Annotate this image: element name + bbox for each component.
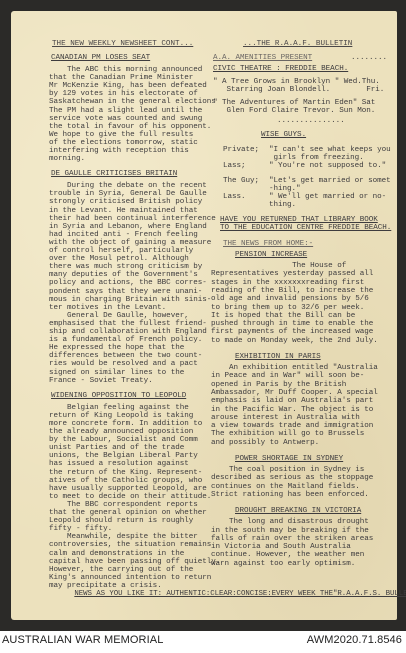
body-line: in Victoria and South Australia	[211, 543, 351, 551]
speaker-private: Private;	[223, 146, 259, 154]
section-heading: POWER SHORTAGE IN SYDNEY	[235, 455, 343, 463]
body-line: in the Pacific War. The object is to	[211, 406, 373, 414]
footer-slogan-text: NEWS AS YOU LIKE IT: AUTHENTIC:CLEAR:CON…	[74, 590, 406, 598]
section-heading: PENSION INCREASE	[235, 251, 307, 259]
films-divider: ...............	[277, 117, 345, 125]
dialogue-line: " You're not supposed to."	[269, 162, 386, 170]
body-line: The long and disastrous drought	[211, 518, 369, 526]
body-line: Representatives yesterday passed all	[211, 270, 373, 278]
speaker-the-guy: The Guy;	[223, 177, 259, 185]
body-line: continue. However, the weather men	[211, 551, 364, 559]
body-line: and possibly to Antwerp.	[211, 439, 319, 447]
body-line: a view towards trade and immigration	[211, 422, 373, 430]
body-line: continues on the Maitland fields.	[211, 483, 360, 491]
newsletter-page: THE NEW WEEKLY NEWSHEET CONT... ...THE R…	[11, 11, 397, 620]
body-line: arouse interest in Australia with	[211, 414, 360, 422]
section-heading: EXHIBITION IN PARIS	[235, 353, 321, 361]
archive-caption-right: AWM2020.71.8546	[307, 634, 402, 646]
section-heading: DE GAULLE CRITICISES BRITAIN	[51, 170, 177, 178]
body-line: in Peace and in War" will soon be-	[211, 372, 364, 380]
masthead-right: ...THE R.A.A.F. BULLETIN	[243, 40, 352, 48]
body-line: The coal position in Sydney is	[211, 466, 364, 474]
body-line: France - Soviet Treaty.	[49, 377, 153, 385]
body-line: Strict rationing has been enforced.	[211, 491, 369, 499]
body-line: emphasis is laid on Australia's part	[211, 397, 373, 405]
section-heading: DROUGHT BREAKING IN VICTORIA	[235, 507, 361, 515]
section-heading: WIDENING OPPOSITION TO LEOPOLD	[51, 392, 186, 400]
body-line: in the south may be breaking if the	[211, 527, 369, 535]
body-line: old age and invalid pensions by 5/6	[211, 295, 369, 303]
film-2-detail: Glen Ford Claire Trevor. Sun Mon.	[213, 107, 375, 115]
scan-frame: THE NEW WEEKLY NEWSHEET CONT... ...THE R…	[0, 0, 406, 631]
speaker-lass: Lass;	[223, 162, 246, 170]
body-line: Ambassador, Mr Duff Cooper. A special	[211, 389, 378, 397]
body-line: stages in the xxxxxxxreading first	[211, 279, 364, 287]
body-line: warn against too early optimism.	[211, 560, 355, 568]
body-line: first payments of the increased wage	[211, 328, 373, 336]
body-line: to bring them up to 32/6 per week.	[211, 304, 364, 312]
section-heading: CANADIAN PM LOSES SEAT	[51, 54, 150, 62]
body-line: pushed through in time to enable the	[211, 320, 373, 328]
body-line: described as serious as the stoppage	[211, 474, 373, 482]
body-line: It is hoped that the Bill can be	[211, 312, 355, 320]
body-line: morning.	[49, 155, 85, 163]
amenities-heading: A.A. AMENITIES PRESENT	[213, 54, 312, 62]
body-line: to made on Monday week, the 2nd July.	[211, 337, 378, 345]
amenities-dots: ........	[351, 54, 387, 62]
body-line: falls of rain over the striken areas	[211, 535, 373, 543]
body-line: The exhibition will go to Brussels	[211, 430, 364, 438]
body-line: The House of	[211, 262, 346, 270]
news-from-home-heading: THE NEWS FROM HOME:-	[223, 240, 313, 248]
film-1-detail: Starring Joan Blondell. Fri.	[213, 86, 384, 94]
footer-slogan: NEWS AS YOU LIKE IT: AUTHENTIC:CLEAR:CON…	[48, 582, 406, 607]
speaker-lass-2: Lass.	[223, 193, 246, 201]
dialogue-line: thing.	[269, 201, 296, 209]
library-notice-line-2: TO THE EDUCATION CENTRE FREDDIE BEACH.	[220, 224, 391, 232]
body-line: opened in Paris by the British	[211, 381, 346, 389]
masthead-left: THE NEW WEEKLY NEWSHEET CONT...	[52, 40, 193, 48]
body-line: An exhibition entitled "Australia	[211, 364, 378, 372]
civic-theatre-heading: CIVIC THEATRE : FREDDIE BEACH.	[213, 65, 348, 73]
body-line: reading of the Bill, to increase the	[211, 287, 373, 295]
wise-guys-heading: WISE GUYS.	[261, 131, 306, 139]
archive-caption-left: AUSTRALIAN WAR MEMORIAL	[2, 634, 163, 646]
